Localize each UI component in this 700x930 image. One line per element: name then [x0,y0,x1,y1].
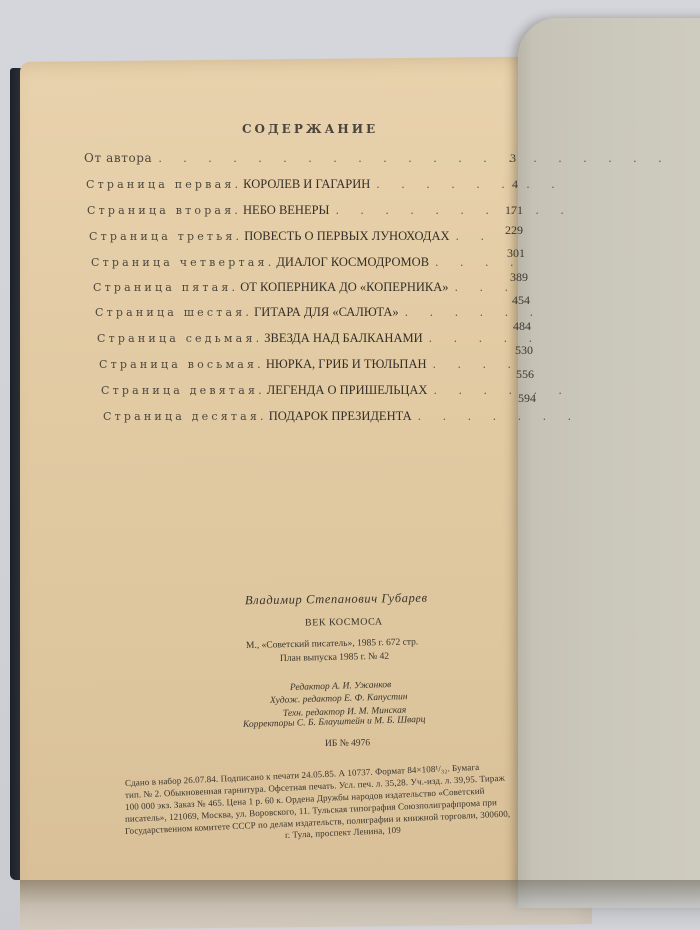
toc-page-number: 171 [505,203,523,218]
toc-prefix: Страница девятая. [101,384,265,397]
ib-number: ИБ № 4976 [325,738,370,749]
toc-title: НЕБО ВЕНЕРЫ [243,203,329,218]
toc-prefix: Страница пятая. [93,281,238,294]
book-title: ВЕК КОСМОСА [305,616,383,628]
toc-leader-dots: . . . . . . [433,384,570,397]
toc-title: ГИТАРА ДЛЯ «САЛЮТА» [254,305,399,320]
toc-prefix: Страница третья. [89,230,242,243]
toc-prefix: Страница первая. [86,178,241,191]
toc-leader-dots: . . [456,230,494,243]
toc-page-number: 4 [512,177,518,192]
toc-entry: Страница восьмая. НЮРКА, ГРИБ И ТЮЛЬПАН … [0,357,700,373]
toc-page-number: 530 [515,343,533,358]
toc-entry: Страница десятая. ПОДАРОК ПРЕЗИДЕНТА . .… [0,409,700,425]
credit-editor: Редактор А. И. Ужанков [290,680,392,693]
toc-page-number: 389 [510,270,528,285]
toc-page-number: 454 [512,293,530,308]
toc-title: НЮРКА, ГРИБ И ТЮЛЬПАН [266,357,427,372]
toc-page-number: 484 [513,319,531,334]
toc-page-number: 301 [507,246,525,261]
toc-entry: Страница шестая. ГИТАРА ДЛЯ «САЛЮТА» . .… [0,305,700,321]
page-content: СОДЕРЖАНИЕ От автора . . . . . . . . . .… [0,0,700,930]
toc-leader-dots: . . . . . . . . . . [335,204,572,217]
toc-entry: Страница пятая. ОТ КОПЕРНИКА ДО «КОПЕРНИ… [0,280,700,296]
toc-prefix: Страница десятая. [103,410,267,423]
toc-entry: Страница девятая. ЛЕГЕНДА О ПРИШЕЛЬЦАХ .… [0,383,700,399]
toc-title: КОРОЛЕВ И ГАГАРИН [243,177,370,192]
toc-title: ДИАЛОГ КОСМОДРОМОВ [276,255,429,270]
toc-entry: Страница вторая. НЕБО ВЕНЕРЫ . . . . . .… [0,203,700,219]
plan-line: План выпуска 1985 г. № 42 [280,652,389,664]
toc-entry: Страница первая. КОРОЛЕВ И ГАГАРИН . . .… [0,177,700,193]
toc-leader-dots: . . . . . . . . . . . . . . . . . . . . … [158,152,670,165]
toc-leader-dots: . . . [455,281,517,294]
publisher-line: М., «Советский писатель», 1985 г. 672 ст… [246,637,418,651]
toc-page-number: 556 [516,367,534,382]
toc-entry: Страница седьмая. ЗВЕЗДА НАД БАЛКАНАМИ .… [0,331,700,347]
toc-leader-dots: . . . . . . . [418,410,580,423]
toc-leader-dots: . . . . . . . . [376,178,563,191]
toc-heading: СОДЕРЖАНИЕ [242,122,378,136]
toc-prefix: Страница шестая. [95,306,252,319]
toc-page-number: 594 [518,391,536,406]
toc-page-number: 3 [510,151,516,166]
toc-page-number: 229 [505,223,523,238]
toc-entry: Страница третья. ПОВЕСТЬ О ПЕРВЫХ ЛУНОХО… [0,229,700,245]
toc-title: ЛЕГЕНДА О ПРИШЕЛЬЦАХ [267,383,428,398]
toc-prefix: Страница четвертая. [91,256,274,269]
toc-title: ПОВЕСТЬ О ПЕРВЫХ ЛУНОХОДАХ [244,229,449,244]
toc-entry: От автора . . . . . . . . . . . . . . . … [0,151,700,167]
toc-title: ОТ КОПЕРНИКА ДО «КОПЕРНИКА» [240,280,448,295]
toc-title: ЗВЕЗДА НАД БАЛКАНАМИ [264,331,422,346]
toc-prefix: Страница восьмая. [99,358,264,371]
credit-art-editor: Худож. редактор Е. Ф. Капустин [270,692,408,706]
toc-prefix: От автора [84,151,152,165]
toc-title: ПОДАРОК ПРЕЗИДЕНТА [269,409,412,424]
credit-proofreaders: Корректоры С. Б. Блауштейн и М. Б. Шварц [243,715,426,730]
toc-prefix: Страница седьмая. [97,332,262,345]
toc-entry: Страница четвертая. ДИАЛОГ КОСМОДРОМОВ .… [0,255,700,271]
toc-leader-dots: . . . . [433,358,520,371]
toc-prefix: Страница вторая. [87,204,241,217]
author-name: Владимир Степанович Губарев [245,591,428,609]
